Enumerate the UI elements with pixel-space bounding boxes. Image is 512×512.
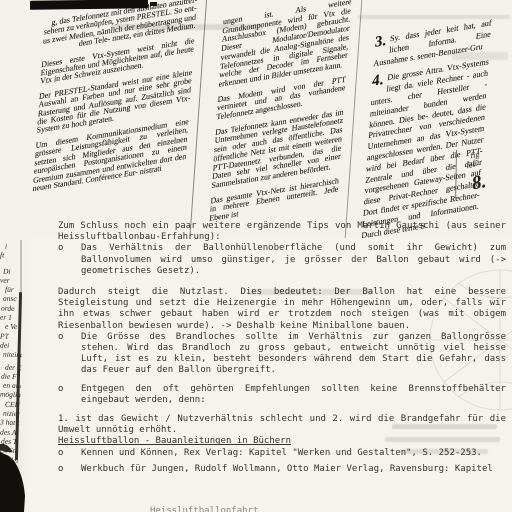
bullet-marker: o [58,243,81,287]
book-reference: Werkbuch für Jungen, Rudolf Wollmann, Ot… [81,464,506,475]
list-number-3: 3. [374,35,386,50]
black-ink-bar [30,0,148,10]
page-edge-shadow [20,240,22,298]
bullet-marker: o [58,384,81,414]
bullet-marker: o [58,332,81,384]
list-number-8: 8. [472,164,512,196]
typed-bullet: o Entgegen den oft gehörten Empfehlungen… [58,384,506,414]
typewritten-section: Zum Schluss noch ein paar weitere ergänz… [58,221,506,475]
typed-bullet: o Werkbuch für Jungen, Rudolf Wollmann, … [58,464,506,475]
section-heading: Heissluftballon - Bauanleitungen in Büch… [58,436,506,447]
typed-bullet: o Kennen und Können, Rex Verlag: Kapitel… [58,448,506,464]
typed-bullet-text: Die Grösse des Brandloches sollte im Ver… [81,332,506,377]
typed-numbered-list: 1. ist das Gewicht / Nutzverhältnis schl… [58,414,506,436]
typed-bullet-text: Entgegen den oft gehörten Empfehlungen s… [81,384,506,406]
typed-bullet: o Die Grösse des Brandloches sollte im V… [58,332,506,384]
scanned-document-page: { "colors": { "paper": "#f3f1ea", "newsp… [0,0,512,512]
clipped-bottom-line: Heissluftballonfahrt [150,506,470,512]
black-ink-mark [150,2,157,6]
bullet-marker: o [58,464,81,475]
ink-blob [0,440,40,512]
newspaper-column-right: 3.Sy. dass jeder keit hat, auf lichen In… [360,0,497,256]
bullet-marker: o [58,448,81,464]
book-reference: Kennen und Können, Rex Verlag: Kapitel "… [81,448,506,459]
list-number-4: 4. [372,74,384,89]
typed-bullet-text: Das Verhältnis der Ballonhüllenoberfläch… [81,243,506,277]
typed-bullet-continuation: Dadurch steigt die Nutzlast. Dies bedeut… [58,287,506,332]
typed-intro: Zum Schluss noch ein paar weitere ergänz… [58,221,506,243]
typed-bullet: o Das Verhältnis der Ballonhüllenoberflä… [58,243,506,287]
